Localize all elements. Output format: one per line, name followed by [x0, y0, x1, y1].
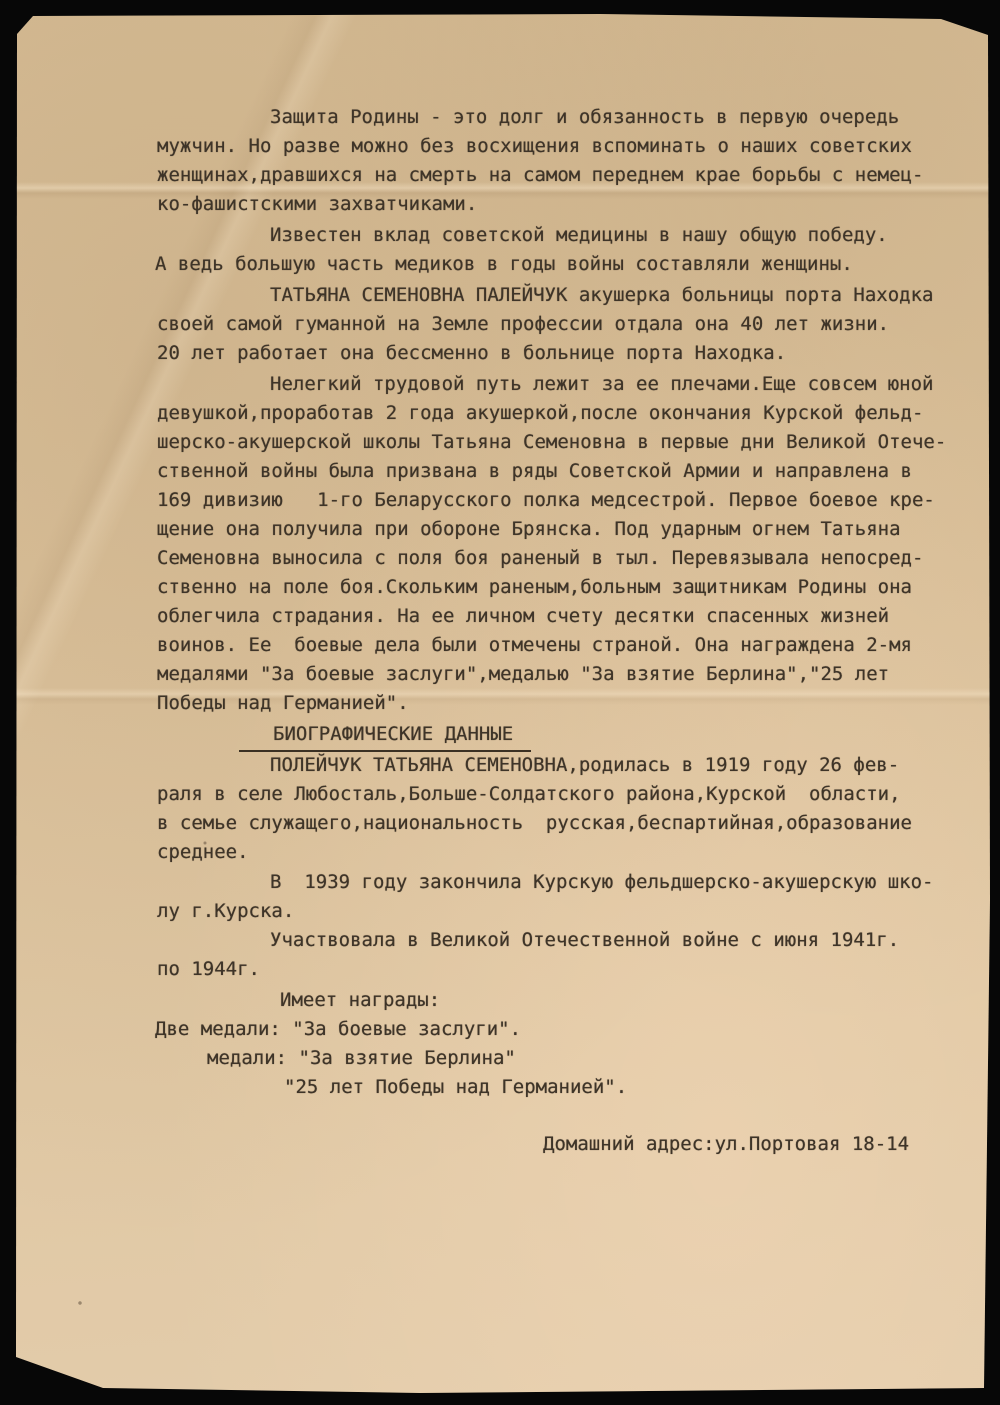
text-line: Победы над Германией".: [157, 689, 409, 718]
text-line: Имеет награды:: [280, 986, 440, 1015]
text-line: среднее.: [157, 838, 249, 867]
text-line: Известен вклад советской медицины в нашу…: [270, 221, 888, 250]
section-heading: БИОГРАФИЧЕСКИЕ ДАННЫЕ: [239, 720, 531, 752]
text-line: ственной войны была призвана в ряды Сове…: [157, 457, 912, 486]
text-line: Участвовала в Великой Отечественной войн…: [270, 926, 899, 955]
text-line: своей самой гуманной на Земле профессии …: [157, 310, 889, 339]
text-line: женщинах,дравшихся на смерть на самом пе…: [157, 161, 923, 190]
text-line: 169 дивизию 1-го Беларусского полка медс…: [157, 486, 935, 515]
text-line: Семеновна выносила с поля боя раненый в …: [157, 544, 923, 573]
text-line: ТАТЬЯНА СЕМЕНОВНА ПАЛЕЙЧУК акушерка боль…: [270, 281, 933, 310]
text-line: 20 лет работает она бессменно в больнице…: [157, 339, 786, 368]
text-line: ко-фашистскими захватчиками.: [157, 190, 477, 219]
text-line: щение она получила при обороне Брянска. …: [157, 515, 901, 544]
scan-background: Защита Родины - это долг и обязанность в…: [0, 0, 1000, 1405]
text-line: медали: "За взятие Берлина": [207, 1044, 516, 1073]
text-line: мужчин. Но разве можно без восхищения вс…: [157, 132, 912, 161]
text-line: раля в селе Любосталь,Больше-Солдатского…: [157, 780, 901, 809]
text-line: по 1944г.: [157, 955, 260, 984]
text-line: воинов. Ее боевые дела были отмечены стр…: [157, 631, 912, 660]
text-line: "25 лет Победы над Германией".: [284, 1073, 627, 1102]
document-text: Защита Родины - это долг и обязанность в…: [0, 0, 1000, 1405]
text-line: в семье служащего,национальность русская…: [157, 809, 912, 838]
text-line: А ведь большую часть медиков в годы войн…: [155, 250, 853, 279]
text-line: Две медали: "За боевые заслуги".: [155, 1015, 521, 1044]
text-line: В 1939 году закончила Курскую фельдшерск…: [270, 868, 933, 897]
text-line: Нелегкий трудовой путь лежит за ее плеча…: [270, 370, 933, 399]
text-line: медалями "За боевые заслуги",медалью "За…: [157, 660, 889, 689]
text-line: шерско-акушерской школы Татьяна Семеновн…: [157, 428, 946, 457]
text-line: лу г.Курска.: [157, 897, 294, 926]
text-line: ПОЛЕЙЧУК ТАТЬЯНА СЕМЕНОВНА,родилась в 19…: [270, 751, 899, 780]
text-line: Защита Родины - это долг и обязанность в…: [270, 103, 899, 132]
text-line: облегчила страдания. На ее личном счету …: [157, 602, 889, 631]
text-line: девушкой,проработав 2 года акушеркой,пос…: [157, 399, 923, 428]
text-line: ственно на поле боя.Скольким раненым,бол…: [157, 573, 912, 602]
text-line: Домашний адрес:ул.Портовая 18-14: [543, 1130, 909, 1159]
